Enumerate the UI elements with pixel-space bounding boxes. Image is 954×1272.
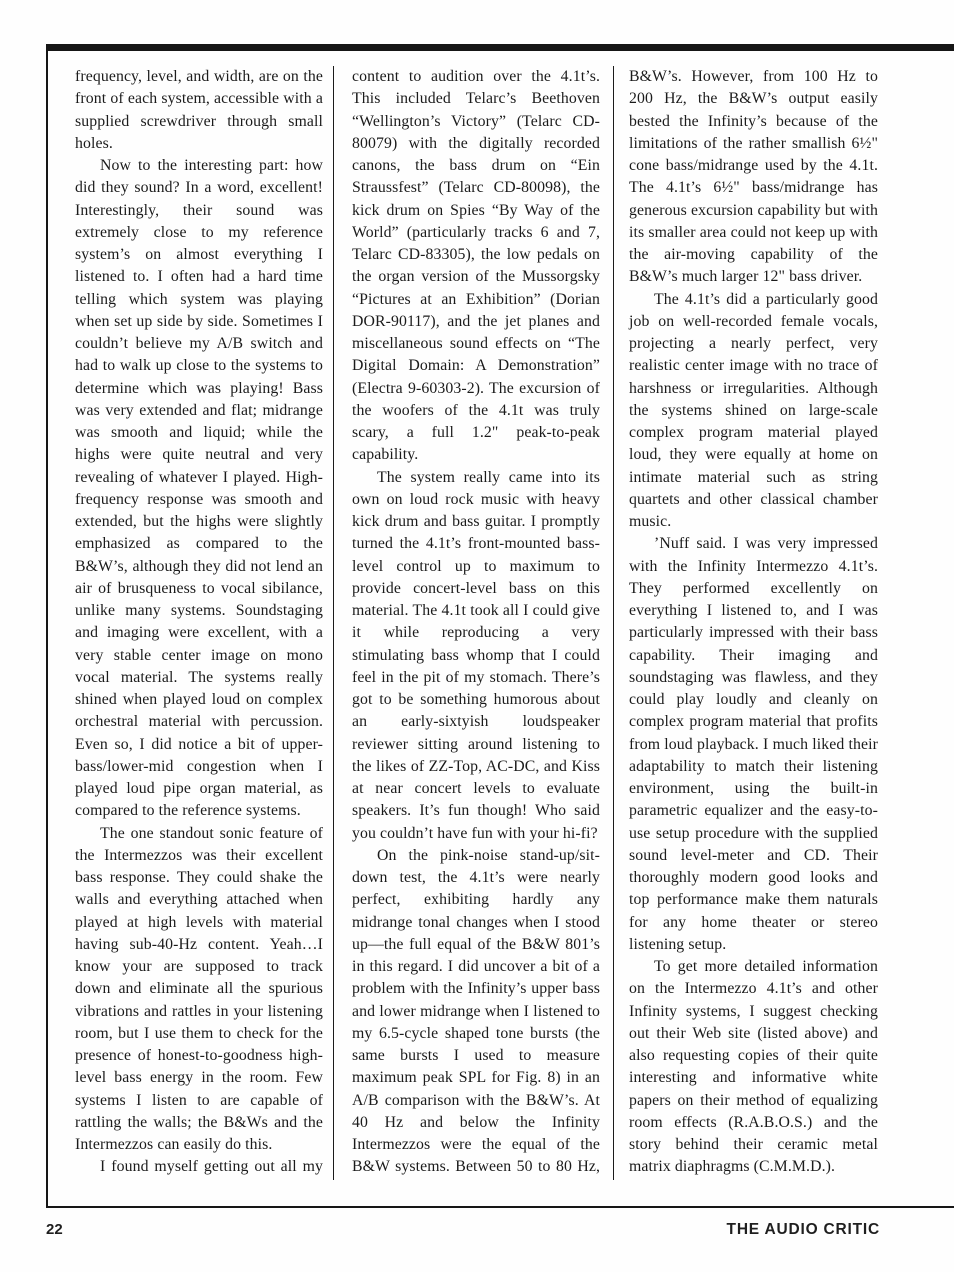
paragraph: On the pink-noise stand-up/sit-down test… [352,845,600,1180]
paragraph: The system really came into its own on l… [352,467,600,845]
paragraph: content to audition over the 4.1t’s. Thi… [352,66,600,467]
column-1: frequency, level, and width, are on the … [75,66,333,1180]
paragraph: ’Nuff said. I was very impressed with th… [629,533,878,956]
paragraph: The 4.1t’s did a particularly good job o… [629,289,878,534]
byline: —Don Keele [629,1179,878,1181]
top-rule [46,44,954,51]
paragraph: Now to the interesting part: how did the… [75,155,323,823]
magazine-page: frequency, level, and width, are on the … [0,0,954,1272]
left-rule [46,44,48,1208]
paragraph: The one standout sonic feature of the In… [75,823,323,1157]
page-footer: 22 THE AUDIO CRITIC [46,1221,880,1239]
article-body: frequency, level, and width, are on the … [75,66,878,1180]
publication-name: THE AUDIO CRITIC [727,1221,880,1239]
column-3: B&W’s. However, from 100 Hz to 200 Hz, t… [613,66,878,1180]
paragraph: frequency, level, and width, are on the … [75,66,323,155]
column-2: content to audition over the 4.1t’s. Thi… [333,66,613,1180]
page-number: 22 [46,1221,63,1238]
paragraph: To get more detailed information on the … [629,956,878,1179]
bottom-rule [46,1206,954,1208]
paragraph: I found myself getting out all my favori… [75,1156,323,1180]
paragraph: B&W’s. However, from 100 Hz to 200 Hz, t… [629,66,878,289]
